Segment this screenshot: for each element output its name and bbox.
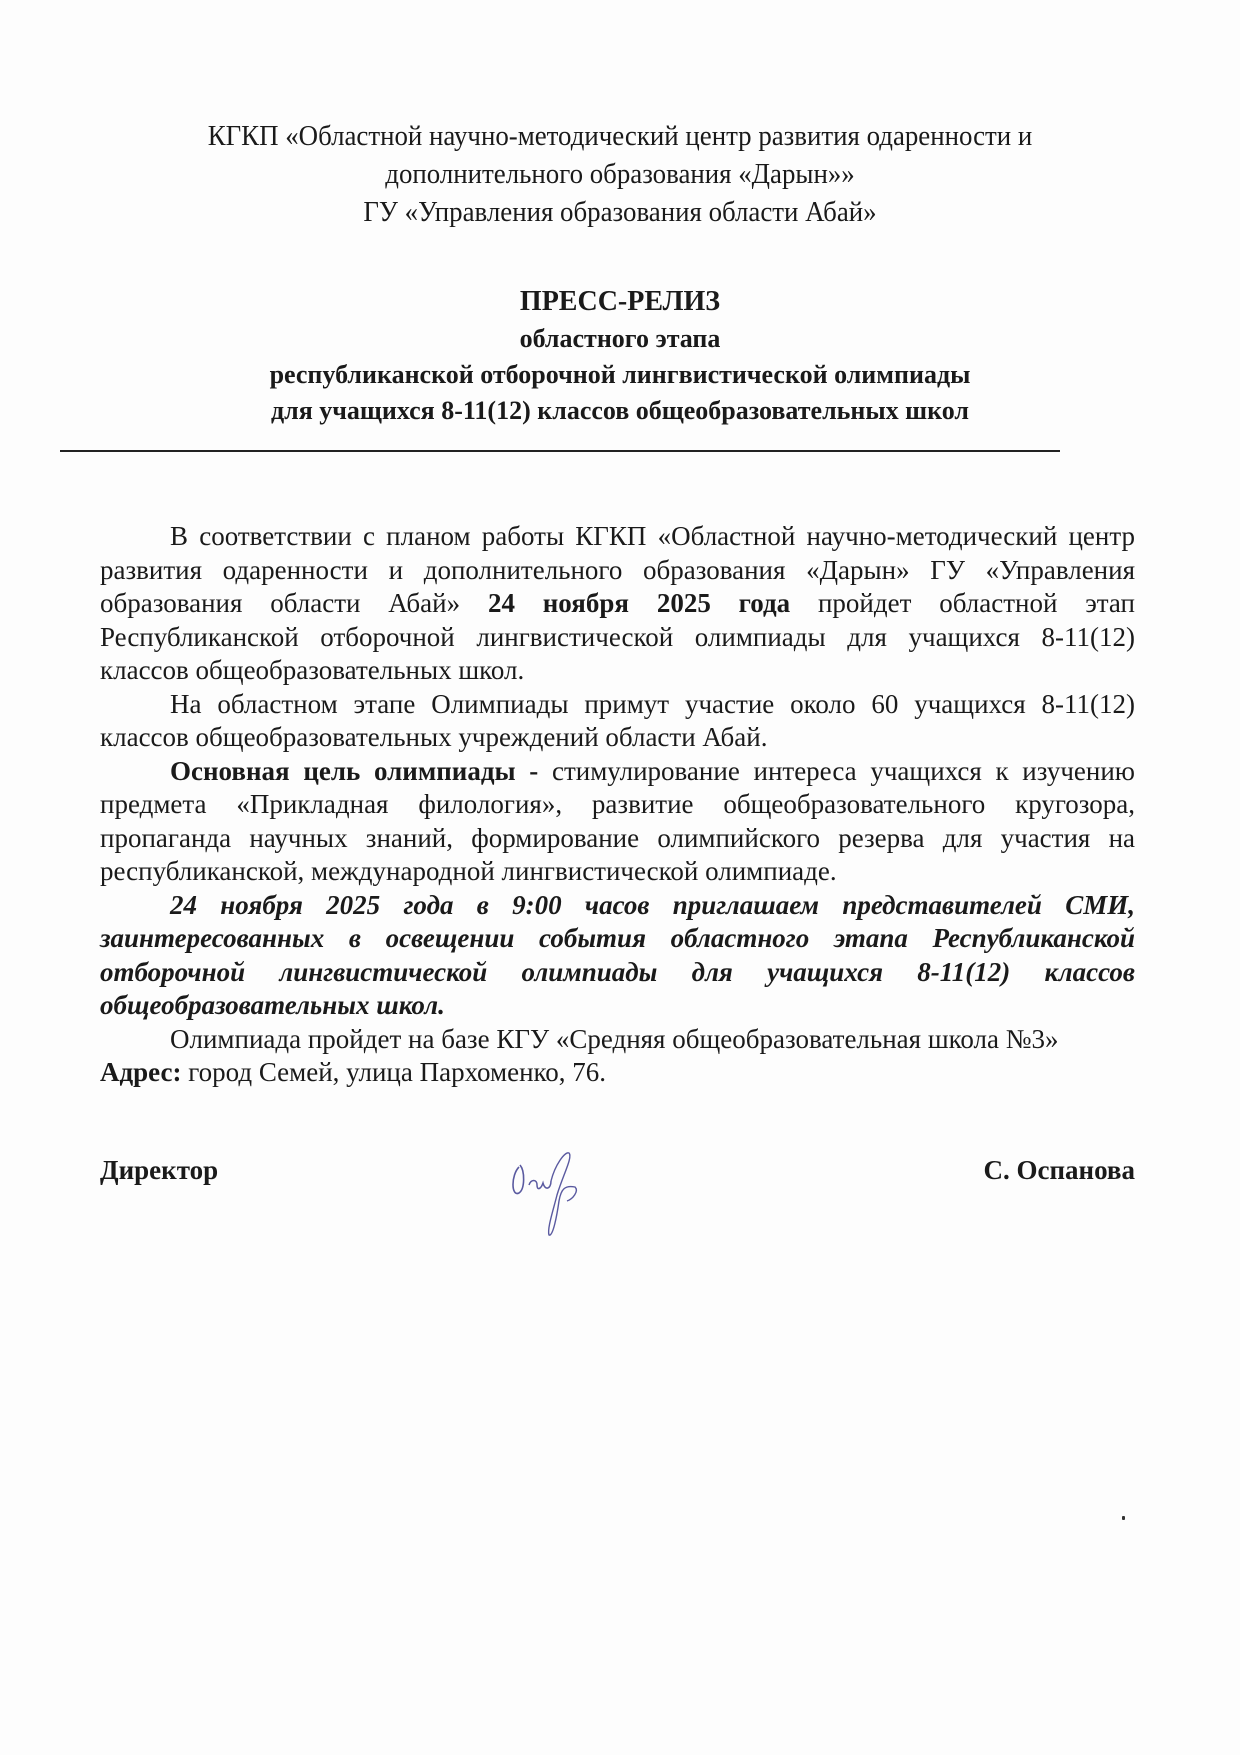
- horizontal-divider: [60, 450, 1060, 452]
- title-subline-3: для учащихся 8-11(12) классов общеобразо…: [120, 393, 1120, 429]
- title-subline-1: областного этапа: [120, 321, 1120, 357]
- signer-name: С. Оспанова: [983, 1155, 1135, 1186]
- paragraph-address: Адрес: город Семей, улица Пархоменко, 76…: [100, 1056, 1135, 1090]
- paragraph-venue: Олимпиада пройдет на базе КГУ «Средняя о…: [100, 1023, 1135, 1057]
- header-line-3: ГУ «Управления образования области Абай»: [140, 194, 1100, 232]
- document-title: ПРЕСС-РЕЛИЗ: [120, 283, 1120, 321]
- document-body: В соответствии с планом работы КГКП «Обл…: [100, 520, 1135, 1090]
- address-value: город Семей, улица Пархоменко, 76.: [181, 1057, 606, 1087]
- document-page: КГКП «Областной научно-методический цент…: [0, 0, 1240, 1755]
- title-block: ПРЕСС-РЕЛИЗ областного этапа республикан…: [120, 283, 1120, 429]
- paragraph-participants: На областном этапе Олимпиады примут учас…: [100, 688, 1135, 755]
- title-subline-2: республиканской отборочной лингвистическ…: [120, 357, 1120, 393]
- event-date: 24 ноября 2025 года: [488, 588, 790, 618]
- goal-label: Основная цель олимпиады -: [170, 756, 538, 786]
- paragraph-media-invitation: 24 ноября 2025 года в 9:00 часов приглаш…: [100, 889, 1135, 1023]
- paragraph-goal: Основная цель олимпиады - стимулирование…: [100, 755, 1135, 889]
- signer-position: Директор: [100, 1155, 218, 1186]
- paragraph-intro: В соответствии с планом работы КГКП «Обл…: [100, 520, 1135, 688]
- signature-row: Директор С. Оспанова: [100, 1155, 1135, 1195]
- organization-header: КГКП «Областной научно-методический цент…: [140, 118, 1100, 232]
- handwritten-signature-icon: [505, 1145, 605, 1245]
- header-line-2: дополнительного образования «Дарын»»: [140, 156, 1100, 194]
- address-label: Адрес:: [100, 1057, 181, 1087]
- header-line-1: КГКП «Областной научно-методический цент…: [140, 118, 1100, 156]
- scan-speck: [1122, 1516, 1125, 1520]
